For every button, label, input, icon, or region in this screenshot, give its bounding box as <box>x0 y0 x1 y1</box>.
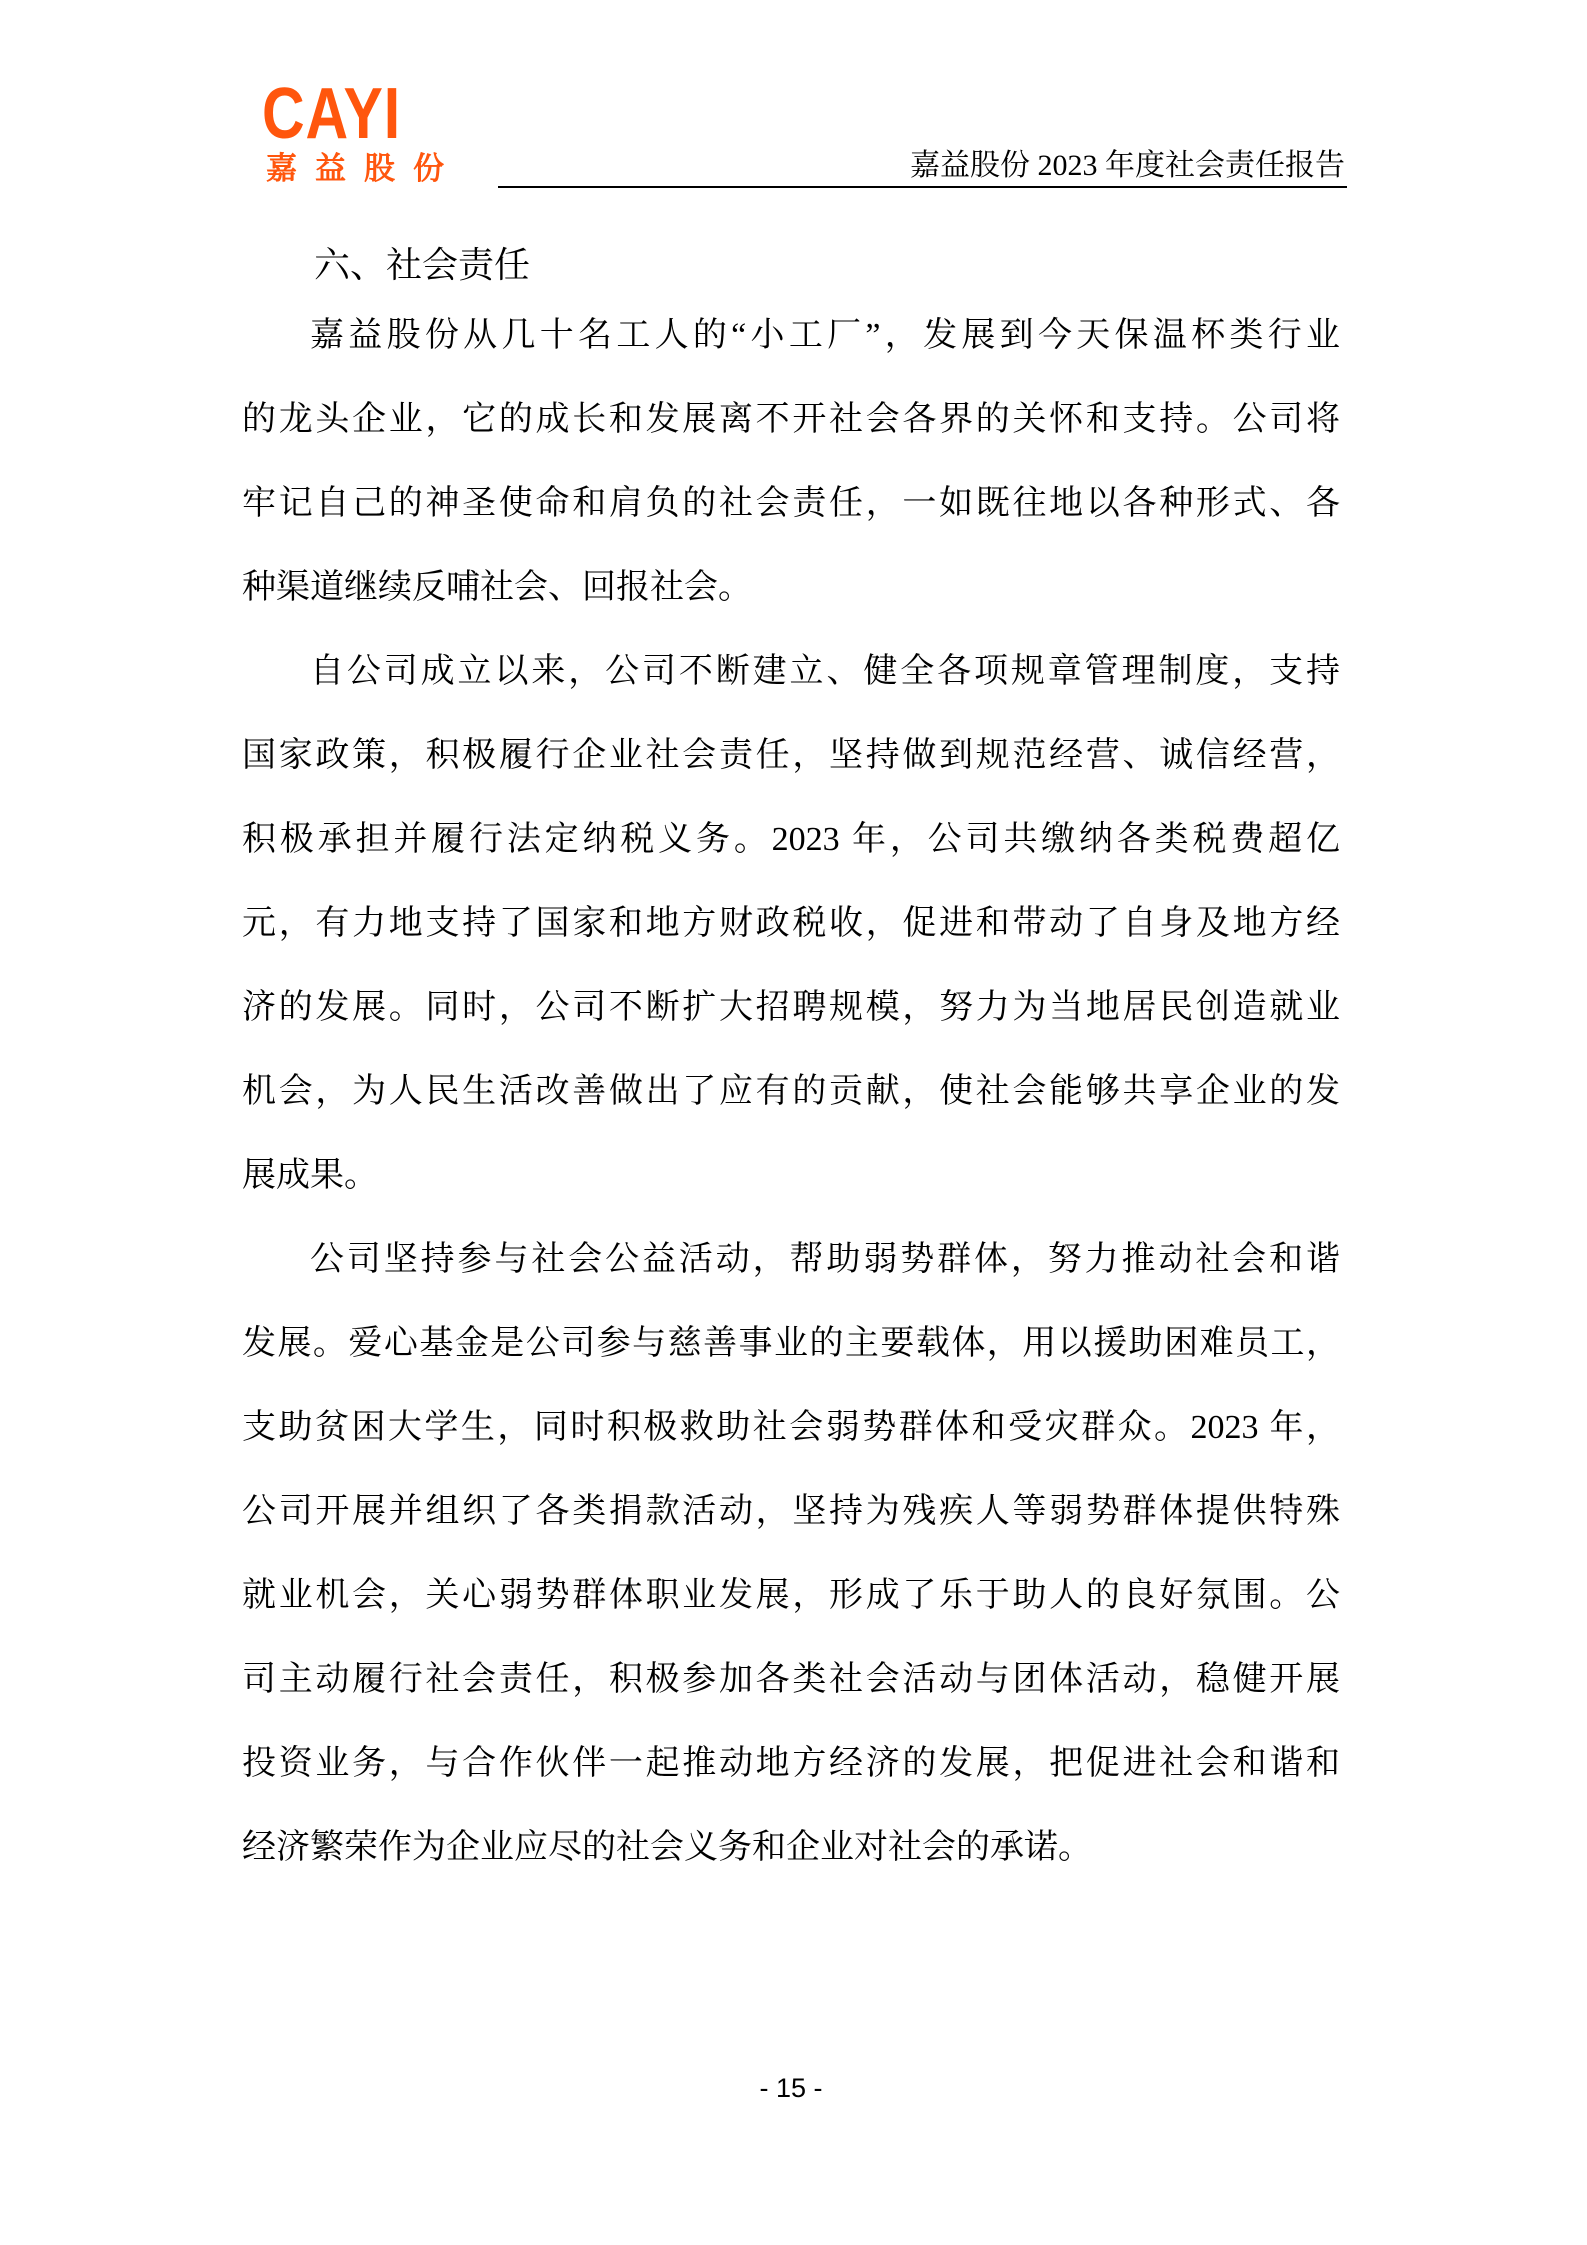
company-logo: CAYI <box>262 78 401 150</box>
paragraph-line: 元，有力地支持了国家和地方财政税收，促进和带动了自身及地方经 <box>242 882 1340 966</box>
paragraph-line: 济的发展。同时，公司不断扩大招聘规模，努力为当地居民创造就业 <box>242 966 1340 1050</box>
paragraph-line: 公司开展并组织了各类捐款活动，坚持为残疾人等弱势群体提供特殊 <box>242 1470 1340 1554</box>
paragraph-line: 国家政策，积极履行企业社会责任，坚持做到规范经营、诚信经营， <box>242 714 1340 798</box>
section-title: 六、社会责任 <box>314 240 530 290</box>
page-header-title: 嘉益股份 2023 年度社会责任报告 <box>910 148 1345 184</box>
paragraph-line: 机会，为人民生活改善做出了应有的贡献，使社会能够共享企业的发 <box>242 1050 1340 1134</box>
paragraph: 公司坚持参与社会公益活动，帮助弱势群体，努力推动社会和谐发展。爱心基金是公司参与… <box>242 1218 1340 1890</box>
paragraph-line: 嘉益股份从几十名工人的“小工厂”，发展到今天保温杯类行业 <box>242 294 1340 378</box>
paragraph-line: 发展。爱心基金是公司参与慈善事业的主要载体，用以援助困难员工， <box>242 1302 1340 1386</box>
paragraph-line: 牢记自己的神圣使命和肩负的社会责任，一如既往地以各种形式、各 <box>242 462 1340 546</box>
paragraph-line: 支助贫困大学生，同时积极救助社会弱势群体和受灾群众。2023 年， <box>242 1386 1340 1470</box>
paragraph: 自公司成立以来，公司不断建立、健全各项规章管理制度，支持国家政策，积极履行企业社… <box>242 630 1340 1218</box>
paragraph-line: 经济繁荣作为企业应尽的社会义务和企业对社会的承诺。 <box>242 1806 1340 1890</box>
header-divider <box>498 186 1347 188</box>
paragraph-line: 积极承担并履行法定纳税义务。2023 年，公司共缴纳各类税费超亿 <box>242 798 1340 882</box>
paragraph-line: 的龙头企业，它的成长和发展离不开社会各界的关怀和支持。公司将 <box>242 378 1340 462</box>
paragraph-line: 公司坚持参与社会公益活动，帮助弱势群体，努力推动社会和谐 <box>242 1218 1340 1302</box>
paragraph-line: 司主动履行社会责任，积极参加各类社会活动与团体活动，稳健开展 <box>242 1638 1340 1722</box>
paragraph-line: 种渠道继续反哺社会、回报社会。 <box>242 546 1340 630</box>
company-logo-subtext: 嘉益股份 <box>266 150 462 187</box>
page-number: - 15 - <box>242 2072 1340 2104</box>
report-page: CAYI 嘉益股份 嘉益股份 2023 年度社会责任报告 六、社会责任 嘉益股份… <box>0 0 1587 2245</box>
paragraph-line: 投资业务，与合作伙伴一起推动地方经济的发展，把促进社会和谐和 <box>242 1722 1340 1806</box>
paragraph-line: 自公司成立以来，公司不断建立、健全各项规章管理制度，支持 <box>242 630 1340 714</box>
body-text: 嘉益股份从几十名工人的“小工厂”，发展到今天保温杯类行业的龙头企业，它的成长和发… <box>242 294 1340 1890</box>
paragraph-line: 就业机会，关心弱势群体职业发展，形成了乐于助人的良好氛围。公 <box>242 1554 1340 1638</box>
paragraph-line: 展成果。 <box>242 1134 1340 1218</box>
paragraph: 嘉益股份从几十名工人的“小工厂”，发展到今天保温杯类行业的龙头企业，它的成长和发… <box>242 294 1340 630</box>
